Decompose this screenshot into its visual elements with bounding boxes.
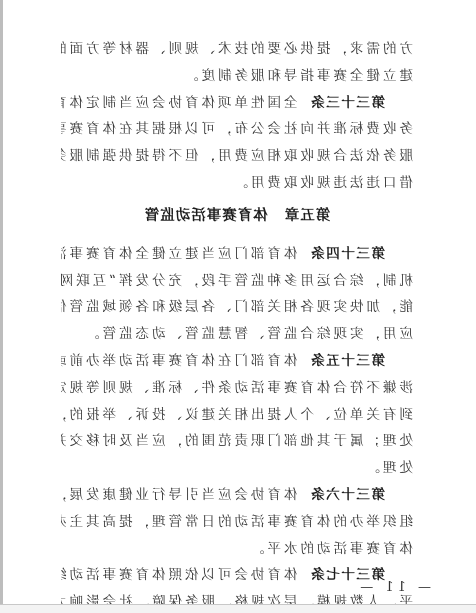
document-page: 方的需求，提供必要的技术、规则、器材等方面的指导和服务， 建立健全赛事指导和服务… [0,0,476,605]
text-line: 处理；属于其他部门职责范围的，应当及时移交并积极配合协助 [61,428,413,455]
text-line: 务收费标准并向社会公布，可以根据其在体育赛事活动中提供的 [61,116,413,143]
article-title: 第三十三条 [310,95,385,111]
text-line: 能，加快实现各相关部门、各层级和各领域监管信息共享和统一 [61,294,413,321]
document-body: 方的需求，提供必要的技术、规则、器材等方面的指导和服务， 建立健全赛事指导和服务… [61,36,413,613]
text-line: 应用，实现综合监管、智慧监管、动态监管。 [61,321,413,348]
article-36: 第三十六条体育协会应当引导行业健康发展，加强对会员 组织举办的体育赛事活动的日常… [61,482,413,562]
chapter-heading: 第五章体育赛事活动监管 [61,197,413,241]
text-line: 服务依法合规收取相应费用，但不得提供强制服务，不得以任何 [61,143,413,170]
text-line: 体育部门在体育赛事活动举办前或举办中发现 [61,353,298,369]
text-line: 体育赛事活动的水平。 [61,536,413,563]
text-line: 方的需求，提供必要的技术、规则、器材等方面的指导和服务， [61,36,413,63]
text-line: 组织举办的体育赛事活动的日常管理，提高其主办、承办、协办 [61,509,413,536]
article-title: 第三十五条 [310,353,385,369]
text-line: 全国性单项体育协会应当制定体育赛事活动服 [61,95,298,111]
article-first-line: 第三十五条体育部门在体育赛事活动举办前或举办中发现 [61,348,413,375]
text-line: 借口违法违规收取费用。 [61,170,413,197]
text-line: 机制，综合运用多种监管手段，充分发挥“互联网+监管”的功 [61,268,413,295]
article-34: 第三十四条体育部门应当建立健全体育赛事活动监管工作 机制，综合运用多种监管手段，… [61,241,413,348]
page-frame-bottom-border [0,604,476,613]
text-line: 体育部门应当建立健全体育赛事活动监管工作 [61,246,298,262]
text-line: 涉嫌不符合体育赛事活动条件、标准、规则等规定情形的，或收 [61,375,413,402]
page-number: — 11 — [356,580,431,595]
article-first-line: 第三十六条体育协会应当引导行业健康发展，加强对会员 [61,482,413,509]
paragraph-continuation: 方的需求，提供必要的技术、规则、器材等方面的指导和服务， 建立健全赛事指导和服务… [61,36,413,90]
article-first-line: 第三十四条体育部门应当建立健全体育赛事活动监管工作 [61,241,413,268]
article-title: 第三十六条 [310,487,385,503]
article-35: 第三十五条体育部门在体育赛事活动举办前或举办中发现 涉嫌不符合体育赛事活动条件、… [61,348,413,482]
text-line: 体育协会可以依照体育赛事活动组织整体水 [61,567,298,583]
text-line: 处理。 [61,455,413,482]
text-line: 到有关单位、个人提出相关建议、投诉、举报的，应当及时予以 [61,402,413,429]
article-33: 第三十三条全国性单项体育协会应当制定体育赛事活动服 务收费标准并向社会公布，可以… [61,90,413,197]
chapter-number: 第五章 [284,208,331,224]
chapter-title: 体育赛事活动监管 [144,208,268,224]
text-line: 建立健全赛事指导和服务制度。 [61,63,413,90]
article-first-line: 第三十三条全国性单项体育协会应当制定体育赛事活动服 [61,90,413,117]
text-line: 体育协会应当引导行业健康发展，加强对会员 [61,487,298,503]
article-title: 第三十四条 [310,246,385,262]
